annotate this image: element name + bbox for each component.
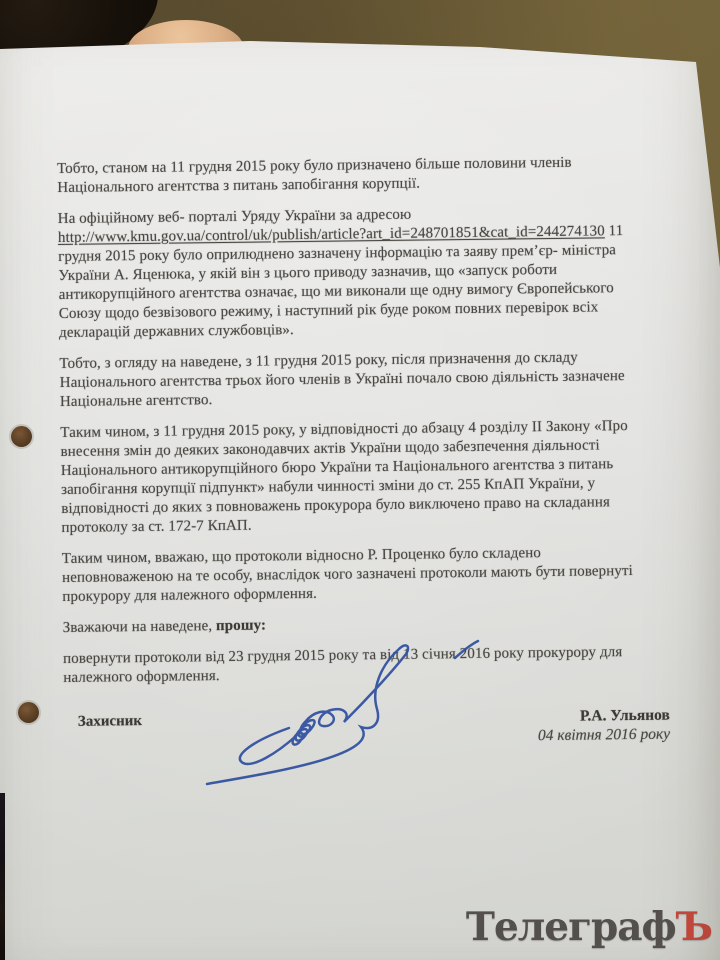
paragraph: Таким чином, з 11 грудня 2015 року, у ві… bbox=[60, 417, 673, 538]
signer-role: Захисник bbox=[78, 713, 142, 731]
text-line: Зважаючи на наведене, прошу: bbox=[63, 611, 675, 637]
text-segment: Тобто, станом на 11 грудня 2015 року бул… bbox=[57, 155, 572, 177]
signer-identity: Р.А. Ульянов 04 квітня 2016 року bbox=[538, 707, 671, 746]
photo-edge-strip bbox=[0, 793, 5, 960]
watermark-main: Телеграф bbox=[466, 904, 676, 950]
hole-punch-top bbox=[11, 426, 32, 447]
text-segment: 11 bbox=[605, 223, 624, 239]
paper-sheet: Тобто, станом на 11 грудня 2015 року бул… bbox=[0, 0, 720, 960]
text-segment: На офіційному веб- порталі Уряду України… bbox=[58, 207, 412, 227]
paragraph: Зважаючи на наведене, прошу: bbox=[63, 611, 675, 637]
paragraph: Таким чином, вважаю, що протоколи віднос… bbox=[62, 542, 675, 606]
paragraph: На офіційному веб- порталі Уряду України… bbox=[58, 203, 672, 343]
watermark-accent: Ъ bbox=[676, 904, 712, 950]
text-segment: декларацій державних службовців». bbox=[59, 322, 294, 341]
paragraph: Тобто, станом на 11 грудня 2015 року бул… bbox=[57, 153, 669, 198]
photo-scene: Тобто, станом на 11 грудня 2015 року бул… bbox=[0, 0, 720, 960]
text-segment: Національне агентство. bbox=[60, 392, 213, 410]
text-segment: прошу: bbox=[216, 617, 266, 634]
signer-name: Р.А. Ульянов bbox=[538, 707, 670, 727]
signer-date: 04 квітня 2016 року bbox=[538, 725, 670, 746]
handwritten-signature-ink bbox=[193, 636, 493, 788]
watermark: ТелеграфЪ bbox=[466, 908, 712, 947]
text-segment: Національного агентства з питань запобіг… bbox=[57, 176, 420, 196]
document-paragraphs: Тобто, станом на 11 грудня 2015 року бул… bbox=[57, 153, 675, 688]
paragraph: Тобто, з огляду на наведене, з 11 грудня… bbox=[59, 348, 672, 412]
text-segment: Зважаючи на наведене, bbox=[63, 618, 216, 636]
text-segment: прокурору для належного оформлення. bbox=[62, 586, 317, 605]
hole-punch-bottom bbox=[18, 702, 39, 723]
text-segment: протоколу за ст. 172-7 КпАП. bbox=[61, 518, 251, 536]
